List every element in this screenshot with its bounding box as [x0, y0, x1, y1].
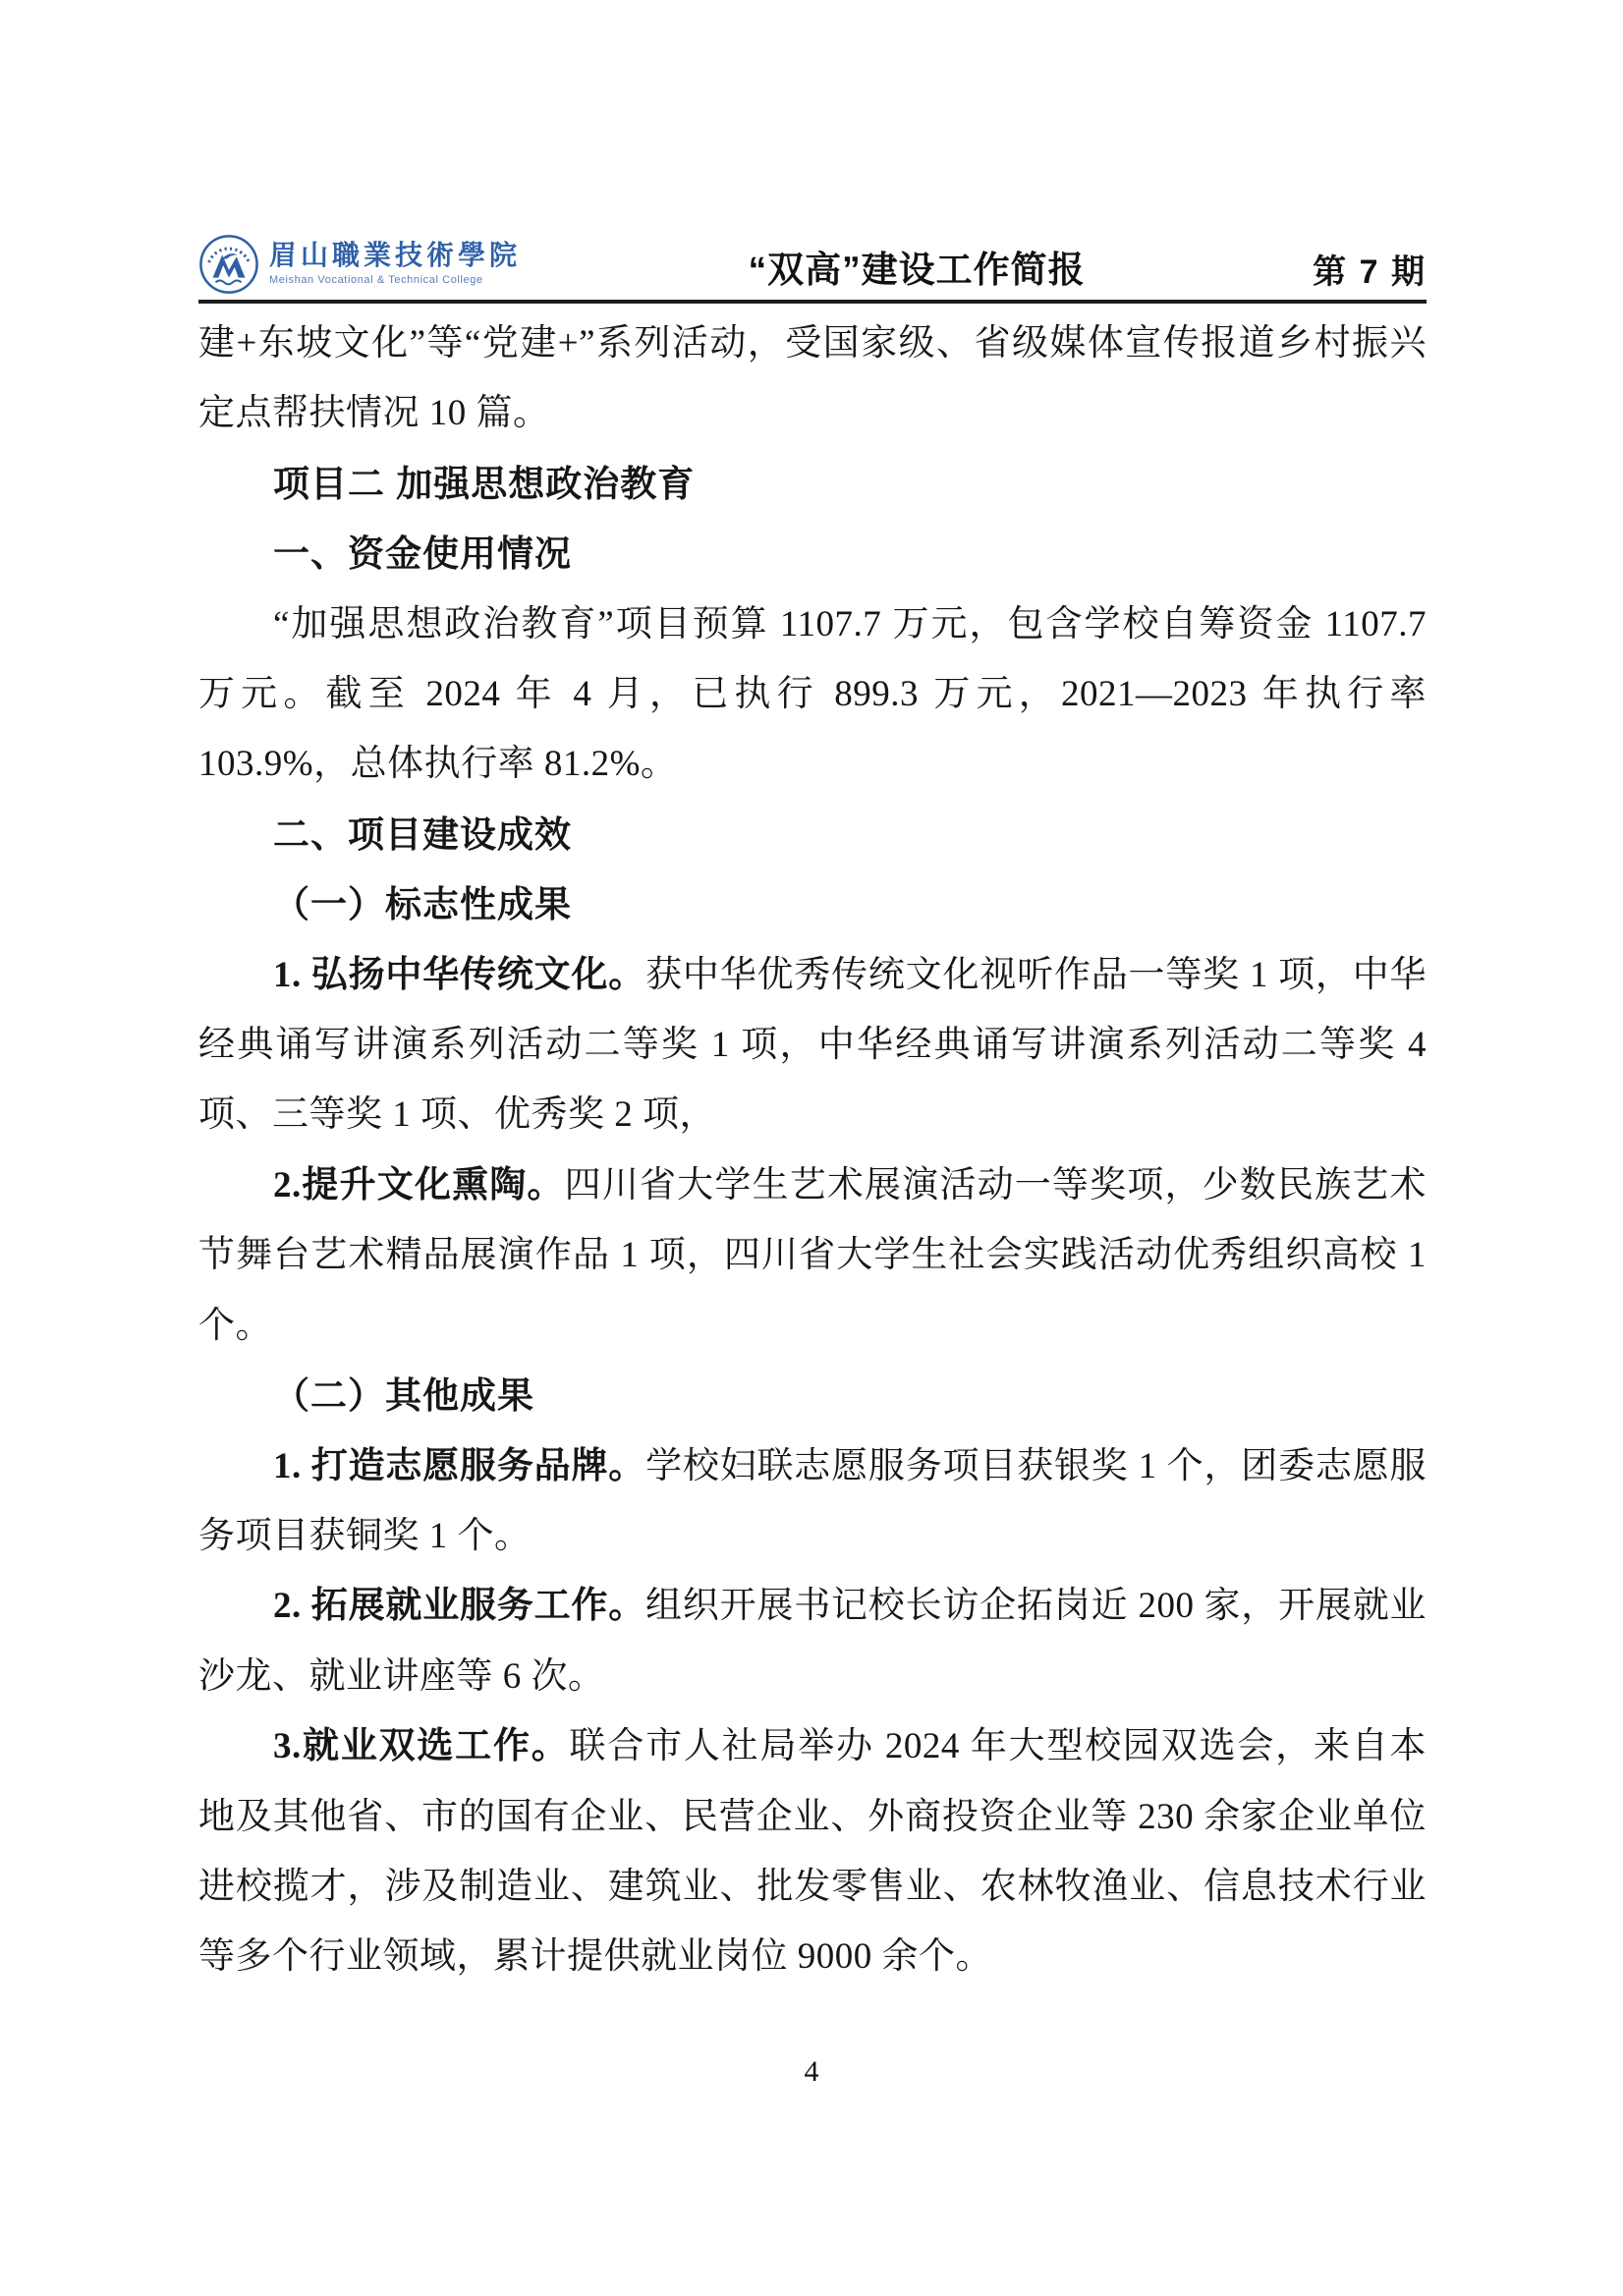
college-seal-icon — [198, 234, 259, 295]
paragraph: 2.提升文化熏陶。四川省大学生艺术展演活动一等奖项，少数民族艺术节舞台艺术精品展… — [198, 1150, 1427, 1361]
issue-number: 第 7 期 — [1313, 245, 1427, 293]
paragraph-lead: 1. 打造志愿服务品牌。 — [273, 1446, 645, 1486]
section-heading: 一、资金使用情况 — [198, 519, 1427, 588]
bulletin-title: “双高”建设工作简报 — [749, 240, 1086, 293]
page-number: 4 — [0, 2055, 1623, 2089]
college-name: 眉山職業技術學院 — [269, 243, 521, 270]
college-logo: 眉山職業技術學院 Meishan Vocational & Technical … — [198, 234, 521, 295]
paragraph: 2. 拓展就业服务工作。组织开展书记校长访企拓岗近 200 家，开展就业沙龙、就… — [198, 1571, 1427, 1711]
paragraph: 建+东坡文化”等“党建+”系列活动，受国家级、省级媒体宣传报道乡村振兴定点帮扶情… — [198, 308, 1427, 449]
section-heading: （一）标志性成果 — [198, 869, 1427, 939]
document-page: 眉山職業技術學院 Meishan Vocational & Technical … — [0, 0, 1623, 2296]
paragraph-lead: 1. 弘扬中华传统文化。 — [273, 955, 645, 995]
paragraph: 1. 打造志愿服务品牌。学校妇联志愿服务项目获银奖 1 个，团委志愿服务项目获铜… — [198, 1431, 1427, 1572]
college-name-block: 眉山職業技術學院 Meishan Vocational & Technical … — [269, 243, 521, 286]
paragraph: 3.就业双选工作。联合市人社局举办 2024 年大型校园双选会，来自本地及其他省… — [198, 1711, 1427, 1992]
section-heading: （二）其他成果 — [198, 1361, 1427, 1430]
paragraph-lead: 3.就业双选工作。 — [273, 1726, 570, 1766]
paragraph: “加强思想政治教育”项目预算 1107.7 万元，包含学校自筹资金 1107.7… — [198, 589, 1427, 800]
paragraph-lead: 2.提升文化熏陶。 — [273, 1165, 565, 1205]
paragraph-lead: 2. 拓展就业服务工作。 — [273, 1586, 645, 1626]
document-body: 建+东坡文化”等“党建+”系列活动，受国家级、省级媒体宣传报道乡村振兴定点帮扶情… — [198, 308, 1427, 1992]
paragraph: 1. 弘扬中华传统文化。获中华优秀传统文化视听作品一等奖 1 项，中华经典诵写讲… — [198, 940, 1427, 1150]
college-name-en: Meishan Vocational & Technical College — [269, 275, 521, 286]
document-header: 眉山職業技術學院 Meishan Vocational & Technical … — [198, 234, 1427, 304]
section-heading: 项目二 加强思想政治教育 — [198, 449, 1427, 519]
section-heading: 二、项目建设成效 — [198, 800, 1427, 869]
